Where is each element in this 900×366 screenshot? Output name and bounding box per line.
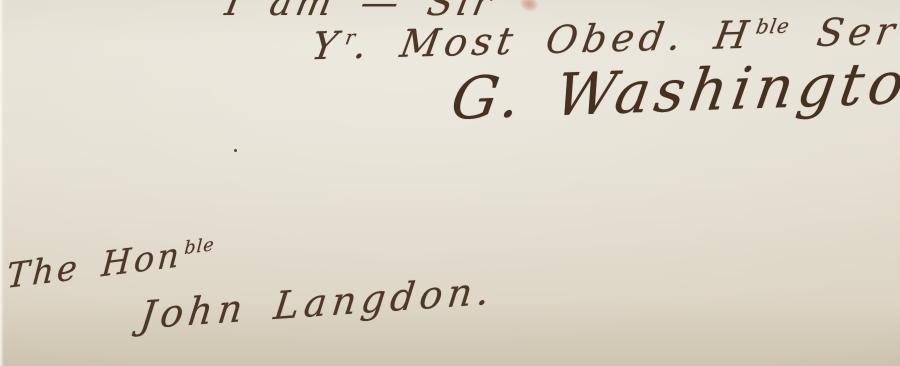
letter-photo: I am — Sir Yr. Most Obed. Hble Servt G. … (0, 0, 900, 366)
paper-left-edge (0, 0, 4, 366)
recipient-honorific: The Honble (4, 231, 216, 296)
recipient-name: John Langdon. (139, 269, 496, 338)
recipient-hon: The Hon (5, 235, 183, 297)
ink-speck (234, 149, 237, 152)
recipient-name-text: John Langdon. (138, 268, 497, 337)
recipient-honorific-text: The Honble (5, 231, 215, 297)
pink-smudge (514, 0, 545, 18)
recipient-hon-sup: ble (184, 235, 216, 259)
closing-yr: Y (308, 23, 345, 68)
closing-hble-sup: ble (754, 15, 792, 39)
